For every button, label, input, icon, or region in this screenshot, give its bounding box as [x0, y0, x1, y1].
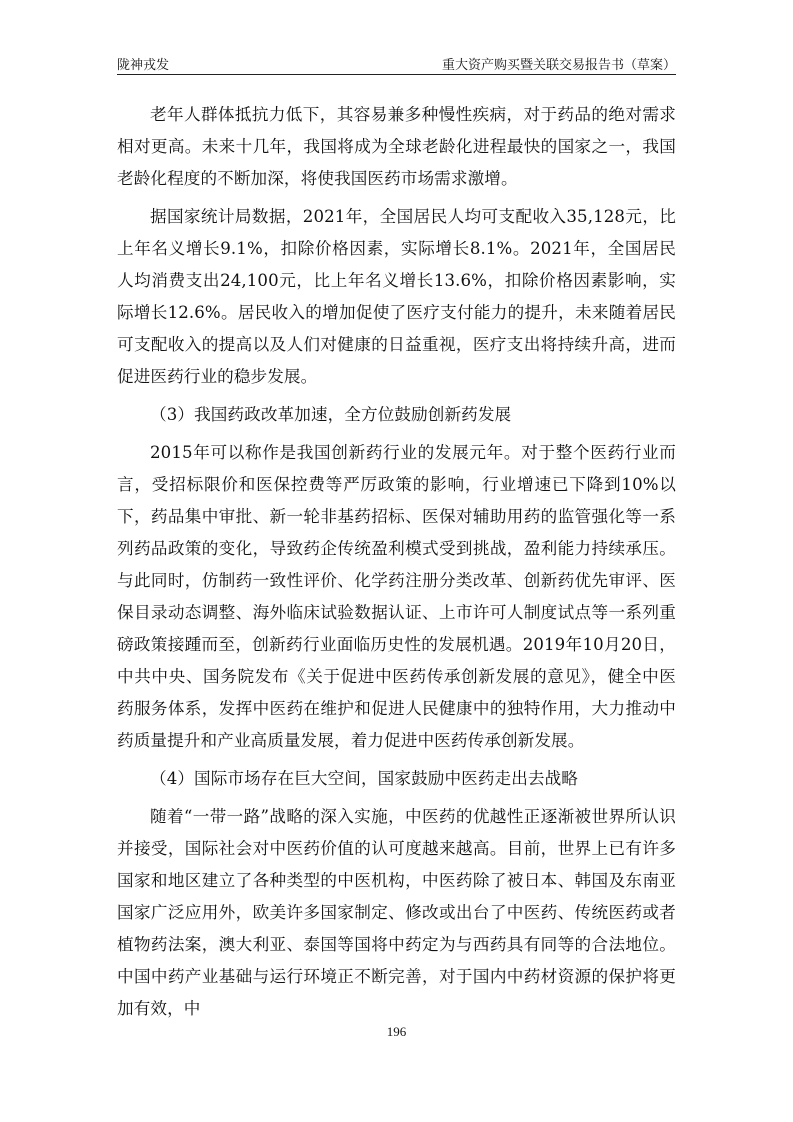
page-header: 陇神戎发 重大资产购买暨关联交易报告书（草案） — [117, 58, 676, 75]
header-document-title: 重大资产购买暨关联交易报告书（草案） — [442, 59, 676, 73]
page-body: 老年人群体抵抗力低下，其容易兼多种慢性疾病，对于药品的绝对需求相对更高。未来十几… — [117, 99, 676, 1025]
subheading-drug-policy-reform: （3）我国药政改革加速，全方位鼓励创新药发展 — [117, 399, 676, 431]
header-company-name: 陇神戎发 — [117, 59, 169, 73]
subheading-international-market: （4）国际市场存在巨大空间，国家鼓励中医药走出去战略 — [117, 763, 676, 795]
paragraph-belt-and-road: 随着“一带一路”战略的深入实施，中医药的优越性正逐渐被世界所认识并接受，国际社会… — [117, 801, 676, 1025]
page-number: 196 — [0, 1024, 793, 1040]
paragraph-innovative-drug-policy: 2015年可以称作是我国创新药行业的发展元年。对于整个医药行业而言，受招标限价和… — [117, 437, 676, 757]
paragraph-income-statistics: 据国家统计局数据，2021年，全国居民人均可支配收入35,128元，比上年名义增… — [117, 201, 676, 393]
paragraph-aging-demand: 老年人群体抵抗力低下，其容易兼多种慢性疾病，对于药品的绝对需求相对更高。未来十几… — [117, 99, 676, 195]
